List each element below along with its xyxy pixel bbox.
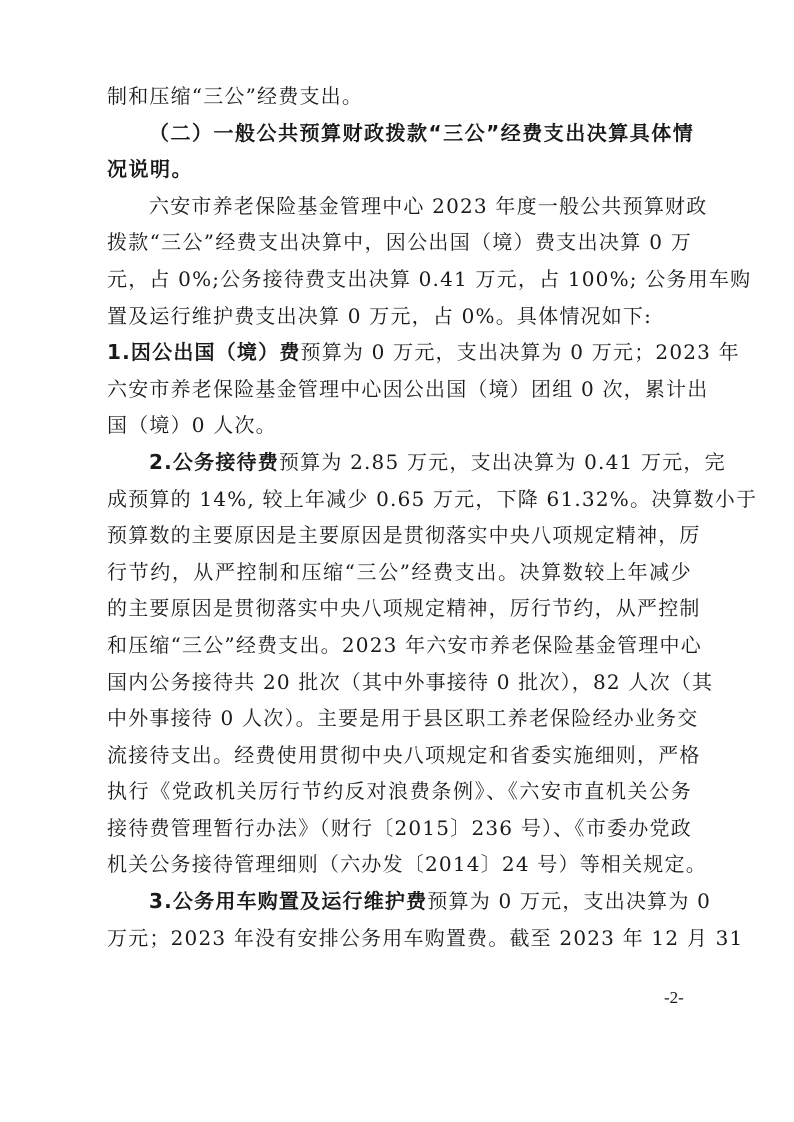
text-line: 和压缩“三公”经费支出。2023 年六安市养老保险基金管理中心 (107, 627, 692, 664)
item-3-vehicles: 3.公务用车购置及运行维护费预算为 0 万元，支出决算为 0 (107, 883, 692, 920)
body-text: 预算数的主要原因是主要原因是贯彻落实中央八项规定精神，厉 (107, 523, 701, 547)
text-line: 预算数的主要原因是主要原因是贯彻落实中央八项规定精神，厉 (107, 517, 692, 554)
item-title: 2.公务接待费 (149, 450, 279, 474)
text-line: 制和压缩“三公”经费支出。 (107, 78, 692, 115)
body-text: 六安市养老保险基金管理中心 2023 年度一般公共预算财政 (149, 194, 707, 218)
text-line: 六安市养老保险基金管理中心因公出国（境）团组 0 次，累计出 (107, 371, 692, 408)
text-line: 中外事接待 0 人次）。主要是用于县区职工养老保险经办业务交 (107, 700, 692, 737)
section-heading-text: （二）一般公共预算财政拨款“三公”经费支出决算具体情 (149, 121, 694, 145)
body-text: 中外事接待 0 人次）。主要是用于县区职工养老保险经办业务交 (107, 706, 698, 730)
text-line: 拨款“三公”经费支出决算中，因公出国（境）费支出决算 0 万 (107, 224, 692, 261)
section-heading: （二）一般公共预算财政拨款“三公”经费支出决算具体情 (107, 115, 692, 152)
text-line: 置及运行维护费支出决算 0 万元，占 0%。具体情况如下: (107, 298, 692, 335)
item-2-reception: 2.公务接待费预算为 2.85 万元，支出决算为 0.41 万元，完 (107, 444, 692, 481)
body-text: 预算为 2.85 万元，支出决算为 0.41 万元，完 (279, 450, 726, 474)
body-text: 六安市养老保险基金管理中心因公出国（境）团组 0 次，累计出 (107, 377, 708, 401)
body-text: 接待费管理暂行办法》（财行〔2015〕236 号）、《市委办党政 (107, 816, 692, 840)
item-1-overseas: 1.因公出国（境）费预算为 0 万元，支出决算为 0 万元；2023 年 (107, 334, 692, 371)
body-text: 和压缩“三公”经费支出。2023 年六安市养老保险基金管理中心 (107, 633, 702, 657)
text-line: 万元；2023 年没有安排公务用车购置费。截至 2023 年 12 月 31 (107, 920, 692, 957)
text-line: 的主要原因是贯彻落实中央八项规定精神，厉行节约，从严控制 (107, 590, 692, 627)
body-text: 预算为 0 万元，支出决算为 0 万元；2023 年 (301, 340, 740, 364)
text-line: 机关公务接待管理细则（六办发〔2014〕24 号）等相关规定。 (107, 846, 692, 883)
body-text: 万元；2023 年没有安排公务用车购置费。截至 2023 年 12 月 31 (107, 926, 743, 950)
item-title: 3.公务用车购置及运行维护费 (149, 889, 427, 913)
body-text: 置及运行维护费支出决算 0 万元，占 0%。具体情况如下: (107, 304, 652, 328)
text-line: 元，占 0%;公务接待费支出决算 0.41 万元，占 100%; 公务用车购 (107, 261, 692, 298)
body-text: 机关公务接待管理细则（六办发〔2014〕24 号）等相关规定。 (107, 852, 707, 876)
text-line: 成预算的 14%, 较上年减少 0.65 万元，下降 61.32%。决算数小于 (107, 481, 692, 518)
body-text: 的主要原因是贯彻落实中央八项规定精神，厉行节约，从严控制 (107, 596, 701, 620)
body-text: 制和压缩“三公”经费支出。 (107, 84, 363, 108)
item-title: 1.因公出国（境）费 (107, 340, 301, 364)
body-text: 行节约，从严控制和压缩“三公”经费支出。决算数较上年减少 (107, 560, 692, 584)
text-line: 行节约，从严控制和压缩“三公”经费支出。决算数较上年减少 (107, 554, 692, 591)
text-line: 国（境）0 人次。 (107, 407, 692, 444)
body-text: 执行《党政机关厉行节约反对浪费条例》、《六安市直机关公务 (107, 779, 692, 803)
paragraph-summary: 六安市养老保险基金管理中心 2023 年度一般公共预算财政 (107, 188, 692, 225)
body-text: 元，占 0%;公务接待费支出决算 0.41 万元，占 100%; 公务用车购 (107, 267, 751, 291)
body-text: 拨款“三公”经费支出决算中，因公出国（境）费支出决算 0 万 (107, 230, 692, 254)
body-text: 成预算的 14%, 较上年减少 0.65 万元，下降 61.32%。决算数小于 (107, 487, 757, 511)
document-page: 制和压缩“三公”经费支出。 （二）一般公共预算财政拨款“三公”经费支出决算具体情… (107, 78, 692, 956)
text-line: 流接待支出。经费使用贯彻中央八项规定和省委实施细则，严格 (107, 737, 692, 774)
body-text: 预算为 0 万元，支出决算为 0 (427, 889, 711, 913)
text-line: 国内公务接待共 20 批次（其中外事接待 0 批次），82 人次（其 (107, 664, 692, 701)
body-text: 流接待支出。经费使用贯彻中央八项规定和省委实施细则，严格 (107, 743, 701, 767)
text-line: 执行《党政机关厉行节约反对浪费条例》、《六安市直机关公务 (107, 773, 692, 810)
page-number: -2- (664, 988, 684, 1008)
body-text: 国（境）0 人次。 (107, 413, 277, 437)
section-heading-continued: 况说明。 (107, 151, 692, 188)
body-text: 国内公务接待共 20 批次（其中外事接待 0 批次），82 人次（其 (107, 670, 713, 694)
text-line: 接待费管理暂行办法》（财行〔2015〕236 号）、《市委办党政 (107, 810, 692, 847)
section-heading-text: 况说明。 (107, 157, 193, 181)
